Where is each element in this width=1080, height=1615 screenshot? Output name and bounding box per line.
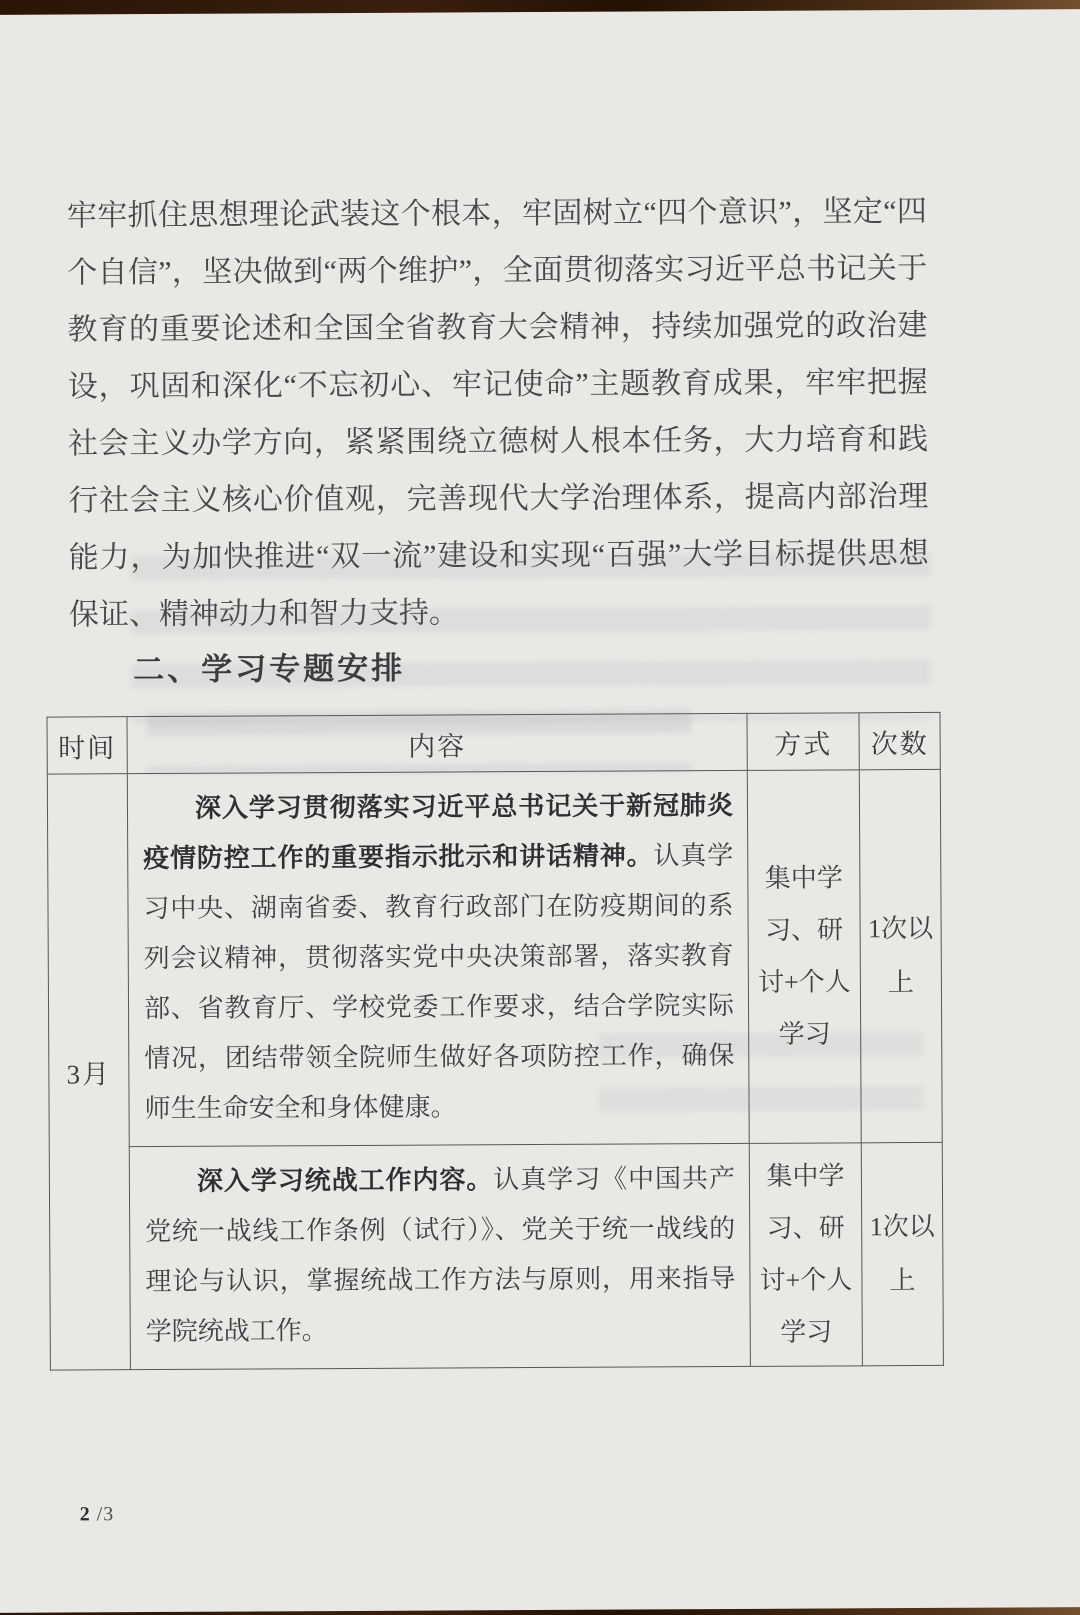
content-bold-text: 深入学习贯彻落实习近平总书记关于新冠肺炎疫情防控工作的重要指示批示和讲话精神。 [143,791,733,873]
table-row: 深入学习统战工作内容。认真学习《中国共产党统一战线工作条例（试行）》、党关于统一… [49,1142,943,1370]
section-heading: 二、学习专题安排 [133,643,405,689]
col-header-time: 时间 [47,717,127,774]
cell-method: 集中学习、研讨+个人学习 [749,1143,862,1367]
table-row: 3月 深入学习贯彻落实习近平总书记关于新冠肺炎疫情防控工作的重要指示批示和讲话精… [47,769,942,1147]
content-regular-text: 认真学习中央、湖南省委、教育行政部门在防疫期间的系列会议精神，贯彻落实党中央决策… [143,841,734,1123]
cell-times: 1次以上 [861,1142,943,1365]
col-header-times: 次数 [859,712,940,769]
cell-time-march: 3月 [47,774,130,1370]
intro-paragraph: 牢牢抓住思想理论武装这个根本，牢固树立“四个意识”，坚定“四个自信”，坚决做到“… [67,183,929,643]
document-page: 牢牢抓住思想理论武装这个根本，牢固树立“四个意识”，坚定“四个自信”，坚决做到“… [0,9,1080,1613]
content-bold-text: 深入学习统战工作内容。 [197,1165,494,1196]
cell-content-covid-study: 深入学习贯彻落实习近平总书记关于新冠肺炎疫情防控工作的重要指示批示和讲话精神。认… [127,770,749,1146]
col-header-content: 内容 [127,713,747,773]
cell-method: 集中学习、研讨+个人学习 [747,770,861,1144]
page-number-current: 2 [80,1503,91,1525]
col-header-method: 方式 [747,713,859,771]
cell-content-united-front-study: 深入学习统战工作内容。认真学习《中国共产党统一战线工作条例（试行）》、党关于统一… [129,1143,750,1369]
page-number: 2 /3 [80,1503,115,1526]
photo-background: { "page": { "paragraph": "牢牢抓住思想理论武装这个根本… [0,0,1080,1615]
study-plan-table: 时间 内容 方式 次数 3月 深入学习贯彻落实习近平总书记关于新冠肺炎疫情防控工… [46,712,943,1371]
table-header-row: 时间 内容 方式 次数 [47,712,940,774]
cell-times: 1次以上 [859,769,942,1142]
page-number-total: /3 [97,1503,115,1525]
